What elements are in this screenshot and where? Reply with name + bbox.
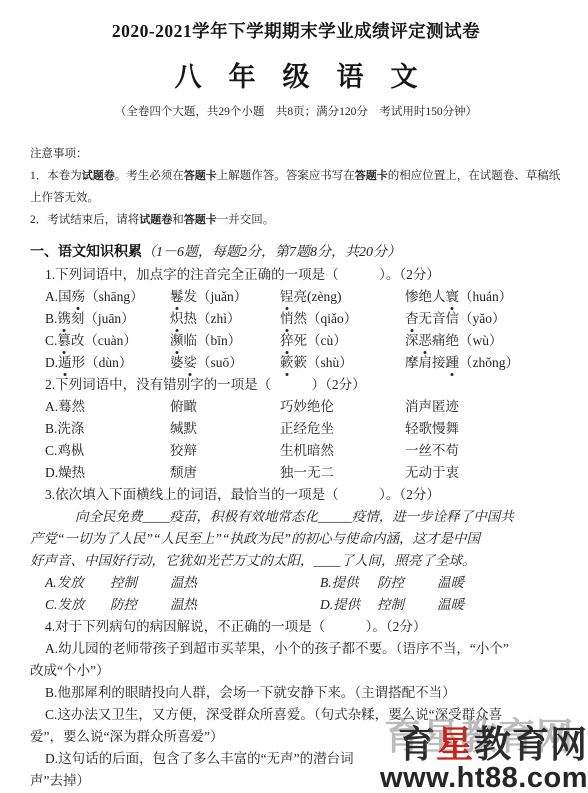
q3-passage-line-2: 产党“一切为了人民”“人民至上”“执政为民”的初心与使命内涵，这才是中国	[30, 528, 562, 550]
question-2-option-row-c: C.鸡枞 狡辩 生机暗然 一丝不苟	[45, 440, 562, 462]
q1-d-word-3: 簌簌（shù）	[280, 352, 405, 374]
q1-b-word-2: 炽热（zhì）	[170, 308, 280, 330]
question-1-option-row-c: C.篡改（cuàn） 濒临（bīn） 猝死（cù） 深恶痛绝（wù）	[45, 330, 562, 352]
question-2-option-row-d: D.燥热 颓唐 独一无二 无动于衷	[45, 462, 562, 484]
question-2-option-row-b: B.洗涤 缄默 正经危坐 轻歌慢舞	[45, 418, 562, 440]
q2-c-word-2: 狡辩	[170, 440, 280, 462]
q2-d-word-4: 无动于衷	[405, 462, 562, 484]
q1-c-word-1: C.篡改（cuàn）	[45, 330, 170, 352]
questions-area: 1.下列词语中，加点字的注音完全正确的一项是（ ）。（2分） A.国殇（shān…	[30, 264, 562, 792]
q2-b-word-1: B.洗涤	[45, 418, 170, 440]
exam-meta-line: （全卷四个大题，共29个小题 共8页；满分120分 考试用时150分钟）	[30, 103, 562, 119]
q2-c-word-1: C.鸡枞	[45, 440, 170, 462]
q1-d-word-1: D.遁形（dùn）	[45, 352, 170, 374]
question-2-stem: 2.下列词语中，没有错别字的一项是（ ）（2分）	[45, 374, 562, 396]
q4-option-d-line-2: 声”去掉）	[30, 770, 562, 792]
q2-c-word-4: 一丝不苟	[405, 440, 562, 462]
q2-a-word-3: 巧妙绝伦	[280, 396, 405, 418]
q1-c-word-3: 猝死（cù）	[280, 330, 405, 352]
q2-c-word-3: 生机暗然	[280, 440, 405, 462]
question-1-option-row-d: D.遁形（dùn） 婆娑（suō） 簌簌（shù） 摩肩接踵（zhǒng）	[45, 352, 562, 374]
q2-a-word-2: 俯瞰	[170, 396, 280, 418]
q2-d-word-1: D.燥热	[45, 462, 170, 484]
q2-d-word-2: 颓唐	[170, 462, 280, 484]
notice-item-1-line-1: 1．本卷为试题卷。考生必须在答题卡上解题作答。答案应书写在答题卡的相应位置上，在…	[30, 165, 562, 187]
q4-option-a-line-2: 改成“个小”）	[30, 660, 562, 682]
q3-option-c-word-3: 温热	[170, 594, 320, 616]
q1-b-word-4: 杳无音信（yǎo）	[405, 308, 562, 330]
q2-b-word-2: 缄默	[170, 418, 280, 440]
q2-b-word-3: 正经危坐	[280, 418, 405, 440]
q4-option-d-line-1: D.这句话的后面，包含了多么丰富的“无声”的潜台词	[45, 748, 562, 770]
section-1-title: 一、语文知识积累	[30, 243, 142, 259]
q4-option-a-line-1: A.幼儿园的老师带孩子到超市买苹果，小个的孩子都不要。（语序不当，“小个”	[45, 638, 562, 660]
q3-option-b-word-3: 温暖	[437, 572, 562, 594]
q3-option-b-word-2: 防控	[377, 572, 437, 594]
q1-a-word-4: 惨绝人寰（huán）	[405, 286, 562, 308]
q3-option-a-word-3: 温热	[170, 572, 320, 594]
question-3-option-row-cd: C.发放 防控 温热 D.提供 控制 温暖	[45, 594, 562, 616]
notice-item-2: 2．考试结束后，请将试题卷和答题卡一并交回。	[30, 209, 562, 231]
question-4-stem: 4.对于下列病句的病因解说，不正确的一项是（ ）。（2分）	[45, 616, 562, 638]
q4-option-c-line-2: 爱”，要么说“深为群众所喜爱”）	[30, 726, 562, 748]
q1-c-word-2: 濒临（bīn）	[170, 330, 280, 352]
question-3-option-row-ab: A.发放 控制 温热 B.提供 防控 温暖	[45, 572, 562, 594]
q2-b-word-4: 轻歌慢舞	[405, 418, 562, 440]
exam-subject-title: 八 年 级 语 文	[30, 55, 562, 94]
q3-option-d-word-3: 温暖	[437, 594, 562, 616]
q4-option-c-line-1: C.这办法又卫生，又方便，深受群众所喜爱。（句式杂糅，要么说“深受群众喜	[45, 704, 562, 726]
q3-option-a-label: A.发放	[45, 572, 110, 594]
q2-a-word-1: A.蓦然	[45, 396, 170, 418]
q2-d-word-3: 独一无二	[280, 462, 405, 484]
notice-heading: 注意事项：	[30, 143, 562, 165]
notice-section: 注意事项： 1．本卷为试题卷。考生必须在答题卡上解题作答。答案应书写在答题卡的相…	[30, 143, 562, 231]
q1-a-word-2: 鬈发（juǎn）	[170, 286, 280, 308]
section-1-score-note: （1－6题，每题2分，第7题8分，共20分）	[142, 245, 401, 260]
q1-d-word-4: 摩肩接踵（zhǒng）	[405, 352, 562, 374]
q3-option-d-word-2: 控制	[377, 594, 437, 616]
q1-b-word-1: B.镌刻（juān）	[45, 308, 170, 330]
q1-d-word-2: 婆娑（suō）	[170, 352, 280, 374]
q3-option-c-word-2: 防控	[110, 594, 170, 616]
q3-passage-line-3: 好声音、中国好行动，它犹如光芒万丈的太阳，____了人间，照亮了全球。	[30, 550, 562, 572]
q1-c-word-4: 深恶痛绝（wù）	[405, 330, 562, 352]
notice-item-1-line-2: 上作答无效。	[30, 187, 562, 209]
q3-option-c-label: C.发放	[45, 594, 110, 616]
question-3-passage: 向全民免费____疫苗，积极有效地常态化_____疫情，进一步诠释了中国共 产党…	[30, 506, 562, 572]
question-1-option-row-b: B.镌刻（juān） 炽热（zhì） 悄然（qiǎo） 杳无音信（yǎo）	[45, 308, 562, 330]
exam-title: 2020-2021学年下学期期末学业成绩评定测试卷	[30, 18, 562, 43]
question-1-stem: 1.下列词语中，加点字的注音完全正确的一项是（ ）。（2分）	[45, 264, 562, 286]
section-1-heading: 一、语文知识积累（1－6题，每题2分，第7题8分，共20分）	[30, 240, 562, 264]
q1-b-word-3: 悄然（qiǎo）	[280, 308, 405, 330]
question-1-option-row-a: A.国殇（shāng） 鬈发（juǎn） 锃亮(zèng) 惨绝人寰（huán）	[45, 286, 562, 308]
q3-option-d-label: D.提供	[320, 594, 377, 616]
question-2-option-row-a: A.蓦然 俯瞰 巧妙绝伦 消声匿迹	[45, 396, 562, 418]
q4-option-b-line-1: B.他那犀利的眼睛投向人群，会场一下就安静下来。（主谓搭配不当）	[45, 682, 562, 704]
q3-passage-line-1: 向全民免费____疫苗，积极有效地常态化_____疫情，进一步诠释了中国共	[30, 506, 562, 528]
q1-a-word-1: A.国殇（shāng）	[45, 286, 170, 308]
q1-a-word-3: 锃亮(zèng)	[280, 286, 405, 308]
q2-a-word-4: 消声匿迹	[405, 396, 562, 418]
exam-paper-page: 2020-2021学年下学期期末学业成绩评定测试卷 八 年 级 语 文 （全卷四…	[0, 0, 588, 793]
q3-option-b-label: B.提供	[320, 572, 377, 594]
question-3-stem: 3.依次填入下面横线上的词语，最恰当的一项是（ ）。（2分）	[45, 484, 562, 506]
q3-option-a-word-2: 控制	[110, 572, 170, 594]
